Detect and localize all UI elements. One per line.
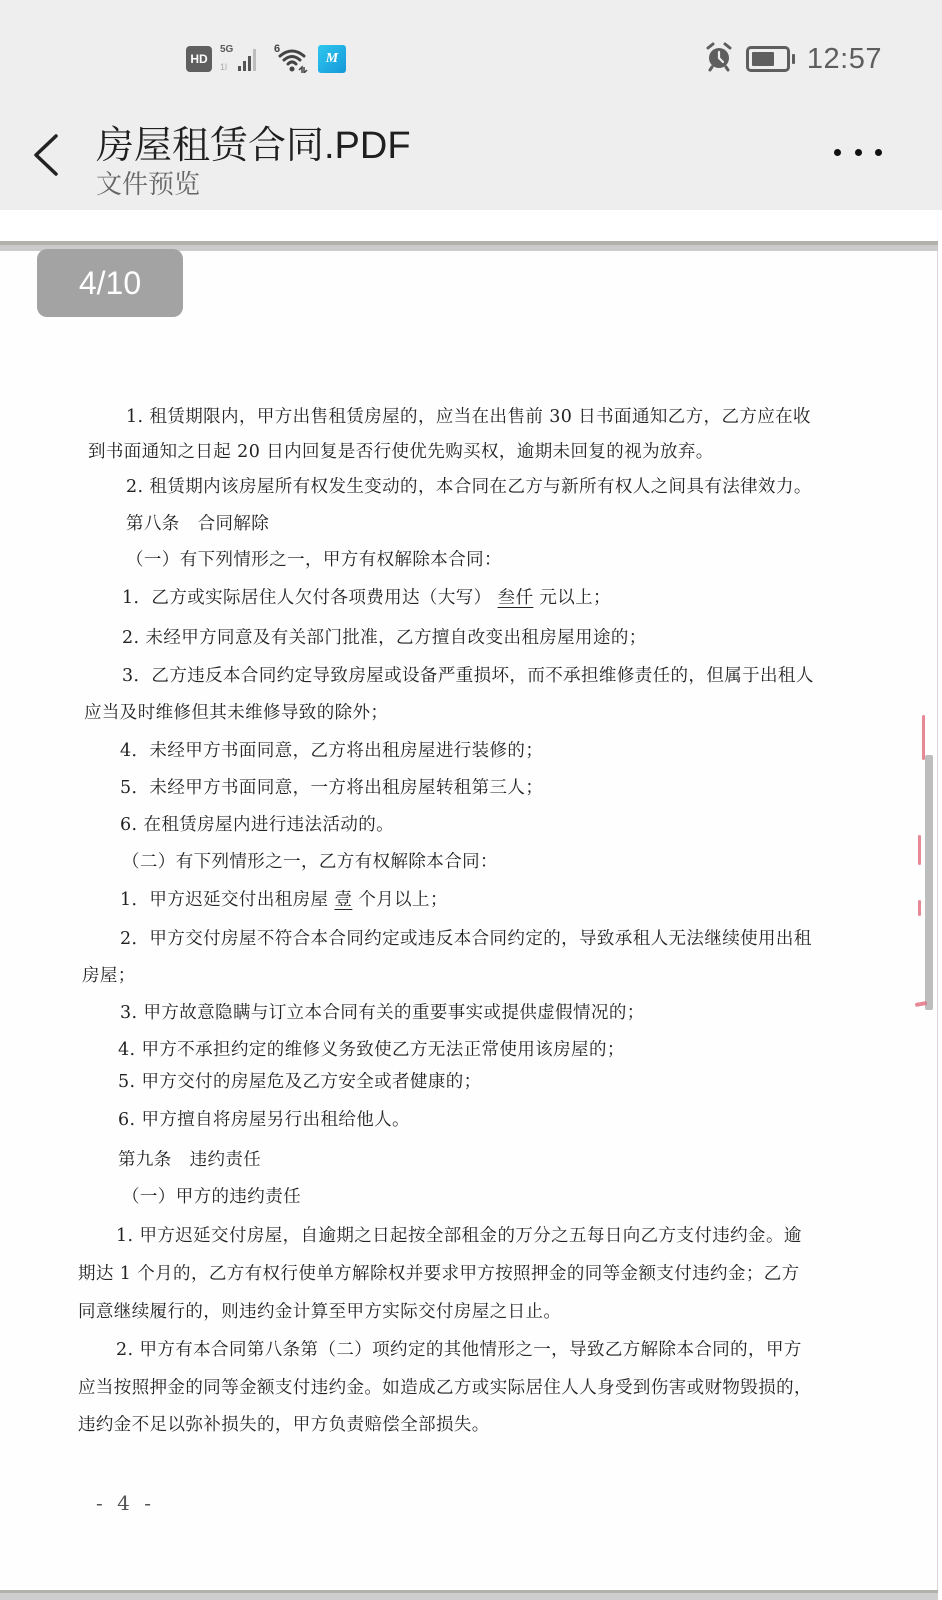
scrollbar-thumb[interactable] xyxy=(925,755,933,1010)
document-line: 1. 租赁期限内，甲方出售租赁房屋的，应当在出售前 30 日书面通知乙方，乙方应… xyxy=(126,403,811,428)
more-options-button[interactable] xyxy=(834,140,882,164)
line-text: 个月以上； xyxy=(358,890,448,910)
document-line: （一）有下列情形之一，甲方有权解除本合同： xyxy=(126,546,502,571)
filled-blank-value: 叁仟 xyxy=(492,588,540,608)
file-title: 房屋租赁合同.PDF xyxy=(96,114,411,169)
pdf-viewer[interactable]: 1. 租赁期限内，甲方出售租赁房屋的，应当在出售前 30 日书面通知乙方，乙方应… xyxy=(0,210,942,1600)
filled-blank-value: 壹 xyxy=(328,890,358,910)
document-line: 6. 在租赁房屋内进行违法活动的。 xyxy=(120,811,394,836)
5g-signal-icon: 5G 1l xyxy=(220,46,266,72)
status-bar: HD 5G 1l 6 M xyxy=(0,0,942,100)
document-line: 违约金不足以弥补损失的，甲方负责赔偿全部损失。 xyxy=(78,1411,490,1436)
document-line: 到书面通知之日起 20 日内回复是否行使优先购买权，逾期未回复的视为放弃。 xyxy=(88,438,714,463)
page-edge-bottom xyxy=(0,1590,938,1600)
chevron-left-icon xyxy=(28,130,68,180)
document-line: 1. 甲方迟延交付房屋，自逾期之日起按全部租金的万分之五每日向乙方支付违约金。逾 xyxy=(116,1222,802,1247)
network-activity-label: 1l xyxy=(220,62,227,72)
document-line: 1．甲方迟延交付出租房屋壹个月以上； xyxy=(120,886,448,911)
seal-stamp-mark xyxy=(918,900,921,916)
document-line: 3．乙方违反本合同约定导致房屋或设备严重损坏，而不承担维修责任的，但属于出租人 xyxy=(122,662,814,687)
battery-icon xyxy=(746,46,795,72)
page-indicator: 4/10 xyxy=(37,249,183,317)
document-line: （二）有下列情形之一，乙方有权解除本合同： xyxy=(122,848,498,873)
back-button[interactable] xyxy=(28,130,68,180)
page-footer-number: - 4 - xyxy=(96,1491,155,1515)
clock: 12:57 xyxy=(807,43,882,76)
document-line: 2. 甲方有本合同第八条第（二）项约定的其他情形之一，导致乙方解除本合同的，甲方 xyxy=(116,1336,802,1361)
document-line: 第九条 违约责任 xyxy=(118,1146,261,1171)
status-left-icons: HD 5G 1l 6 M xyxy=(186,44,346,74)
pdf-page[interactable]: 1. 租赁期限内，甲方出售租赁房屋的，应当在出售前 30 日书面通知乙方，乙方应… xyxy=(0,251,938,1592)
line-text: 元以上； xyxy=(539,588,611,608)
document-line: 2. 租赁期内该房屋所有权发生变动的，本合同在乙方与新所有权人之间具有法律效力。 xyxy=(126,473,812,498)
document-line: 期达 1 个月的，乙方有权行使单方解除权并要求甲方按照押金的同等金额支付违约金；… xyxy=(78,1260,800,1285)
more-horizontal-icon xyxy=(834,149,841,156)
document-line: 4. 甲方不承担约定的维修义务致使乙方无法正常使用该房屋的； xyxy=(118,1036,625,1061)
document-line: 3. 甲方故意隐瞒与订立本合同有关的重要事实或提供虚假情况的； xyxy=(120,999,645,1024)
file-subtitle: 文件预览 xyxy=(96,164,200,201)
document-line: 第八条 合同解除 xyxy=(126,510,269,535)
document-line: 5．未经甲方书面同意，一方将出租房屋转租第三人； xyxy=(120,774,543,799)
document-line: 2．甲方交付房屋不符合本合同约定或违反本合同约定的，导致承租人无法继续使用出租 xyxy=(120,925,812,950)
document-line: 房屋； xyxy=(82,962,136,987)
document-line: 同意继续履行的，则违约金计算至甲方实际交付房屋之日止。 xyxy=(78,1298,561,1323)
network-type-label: 5G xyxy=(220,44,233,55)
document-line: 4．未经甲方书面同意，乙方将出租房屋进行装修的； xyxy=(120,737,543,762)
wifi-6-icon: 6 xyxy=(274,45,310,73)
app-notification-icon: M xyxy=(318,45,346,73)
document-line: 6. 甲方擅自将房屋另行出租给他人。 xyxy=(118,1106,410,1131)
document-line: 1．乙方或实际居住人欠付各项费用达（大写）叁仟元以上； xyxy=(122,584,611,609)
document-line: 2. 未经甲方同意及有关部门批准，乙方擅自改变出租房屋用途的； xyxy=(122,624,647,649)
seal-stamp-mark xyxy=(922,715,925,760)
document-line: 5. 甲方交付的房屋危及乙方安全或者健康的； xyxy=(118,1068,482,1093)
document-line: 应当按照押金的同等金额支付违约金。如造成乙方或实际居住人人身受到伤害或财物毁损的… xyxy=(78,1374,812,1399)
document-line: （一）甲方的违约责任 xyxy=(122,1183,301,1208)
seal-stamp-mark xyxy=(918,835,921,865)
hd-voice-icon: HD xyxy=(186,46,212,72)
status-right-icons: 12:57 xyxy=(704,42,882,76)
document-line: 应当及时维修但其未维修导致的除外； xyxy=(84,699,388,724)
alarm-icon xyxy=(704,42,734,76)
line-text: 1．乙方或实际居住人欠付各项费用达（大写） xyxy=(122,588,492,608)
line-text: 1．甲方迟延交付出租房屋 xyxy=(120,890,328,910)
title-bar: 房屋租赁合同.PDF 文件预览 xyxy=(0,100,942,210)
